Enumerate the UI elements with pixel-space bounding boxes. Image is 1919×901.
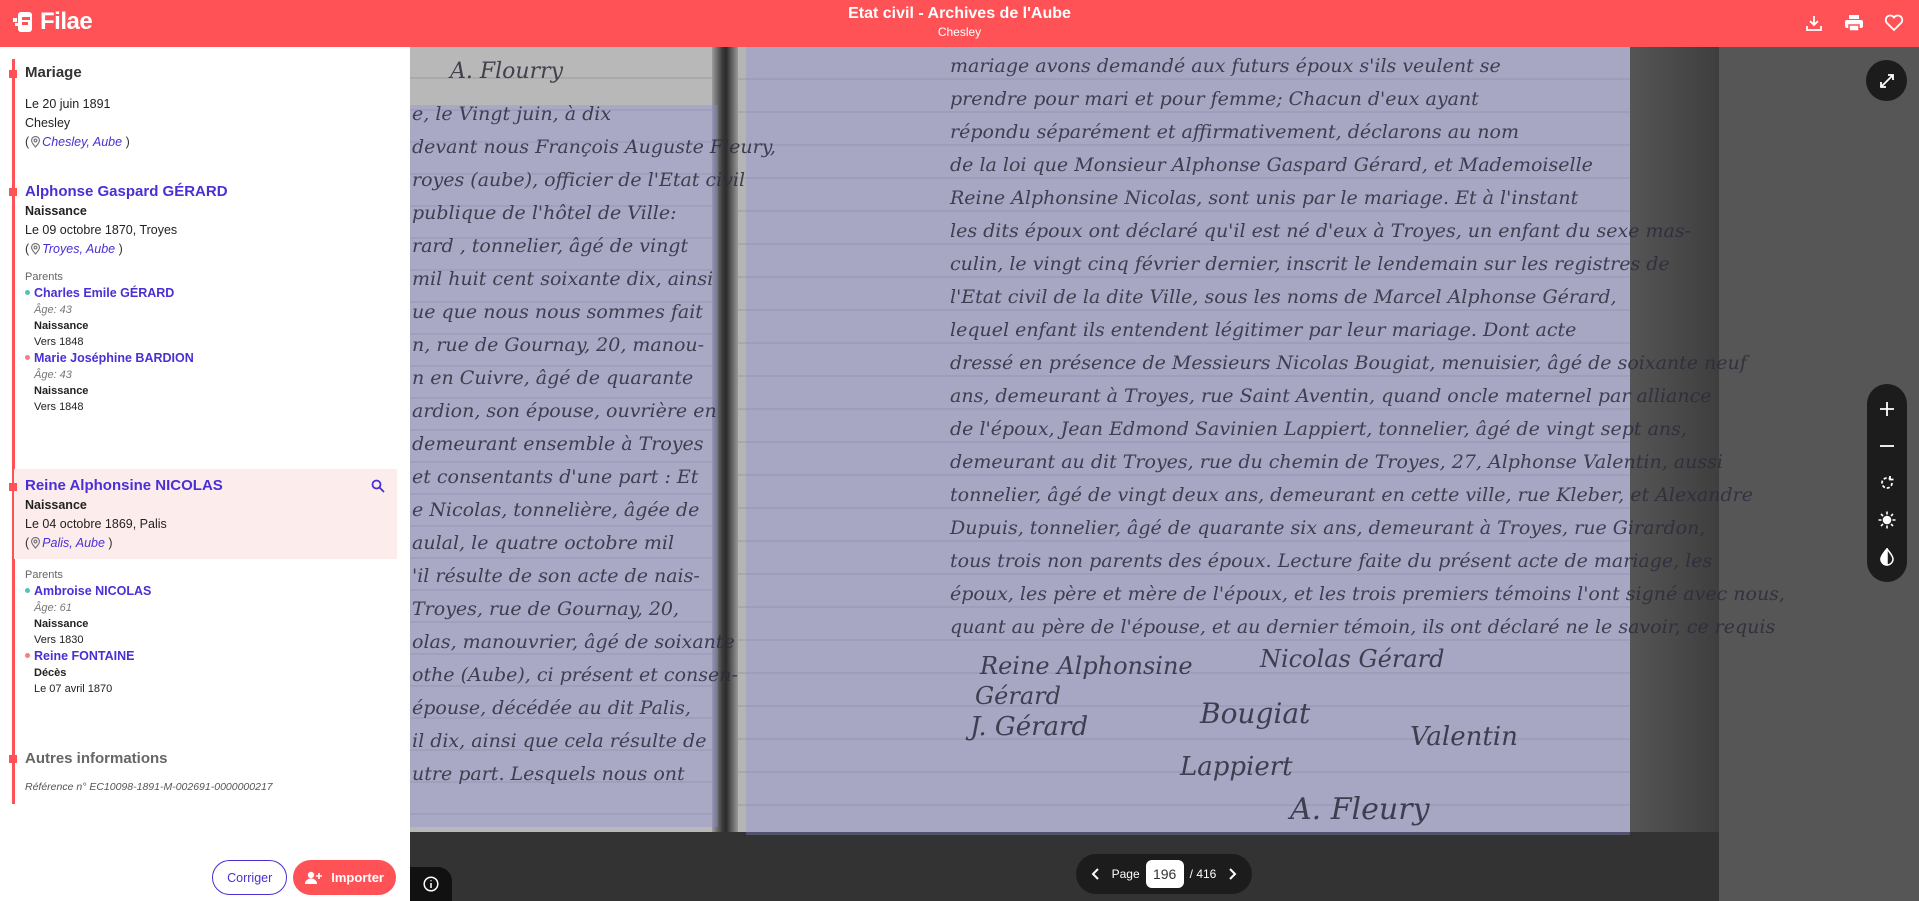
parent-name[interactable]: Reine FONTAINE	[25, 648, 397, 665]
spouse2-event: Naissance	[25, 496, 397, 515]
contrast-icon	[1879, 548, 1895, 566]
previous-page-button[interactable]	[1086, 864, 1106, 884]
section-mariage: Mariage Le 20 juin 1891 Chesley (Chesley…	[12, 63, 397, 152]
page-total: / 416	[1190, 867, 1217, 881]
male-dot-icon	[25, 588, 30, 593]
handwriting-line: lequel enfant ils entendent légitimer pa…	[950, 319, 1576, 341]
parent-name[interactable]: Charles Emile GÉRARD	[25, 285, 397, 302]
sun-icon	[1878, 511, 1896, 529]
mariage-date: Le 20 juin 1891	[25, 95, 397, 114]
signature: Gérard	[975, 682, 1061, 710]
spouse1-parents-label: Parents	[25, 269, 397, 285]
handwriting-line: Troyes, rue de Gournay, 20,	[412, 598, 679, 620]
handwriting-line: A. Flourry	[450, 59, 563, 84]
parent-item: Charles Emile GÉRARD Âge: 43 Naissance V…	[25, 285, 397, 350]
handwriting-line: demeurant au dit Troyes, rue du chemin d…	[950, 451, 1723, 473]
page-number-input[interactable]	[1146, 860, 1184, 888]
top-header: Filae Etat civil - Archives de l'Aube Ch…	[0, 0, 1919, 47]
handwriting-line: othe (Aube), ci présent et consen-	[412, 664, 738, 686]
rotate-button[interactable]	[1872, 468, 1902, 498]
expand-icon	[1878, 72, 1896, 90]
add-person-icon	[305, 871, 325, 885]
handwriting-line: tous trois non parents des époux. Lectur…	[950, 550, 1712, 572]
parent-item: Reine FONTAINE Décès Le 07 avril 1870	[25, 648, 397, 697]
handwriting-line: utre part. Lesquels nous ont	[412, 763, 685, 785]
handwriting-line: et consentants d'une part : Et	[412, 466, 698, 488]
mariage-place-link[interactable]: Chesley, Aube	[42, 135, 122, 149]
zoom-out-button[interactable]	[1872, 431, 1902, 461]
header-actions	[1803, 12, 1905, 34]
autres-title: Autres informations	[25, 749, 397, 769]
zoom-in-button[interactable]	[1872, 394, 1902, 424]
action-buttons: Corriger Importer	[212, 860, 396, 895]
handwriting-line: prendre pour mari et pour femme; Chacun …	[950, 88, 1479, 110]
handwriting-line: publique de l'hôtel de Ville:	[412, 202, 677, 224]
info-button[interactable]	[410, 867, 452, 901]
handwriting-line: l'Etat civil de la dite Ville, sous les …	[950, 286, 1617, 308]
signature: Valentin	[1410, 722, 1518, 752]
handwriting-line: les dits époux ont déclaré qu'il est né …	[950, 220, 1691, 242]
handwriting-line: royes (aube), officier de l'Etat civil	[412, 169, 745, 191]
contrast-button[interactable]	[1872, 542, 1902, 572]
spouse2-name[interactable]: Reine Alphonsine NICOLAS	[25, 476, 397, 496]
rotate-icon	[1878, 474, 1896, 492]
mariage-title: Mariage	[25, 63, 397, 83]
importer-label: Importer	[331, 870, 384, 885]
favorite-button[interactable]	[1883, 12, 1905, 34]
map-pin-icon	[30, 243, 41, 255]
handwriting-line: devant nous François Auguste Fleury,	[412, 136, 776, 158]
chevron-right-icon	[1227, 868, 1237, 880]
mariage-place-link-row: (Chesley, Aube )	[25, 133, 397, 152]
parent-event-detail: Vers 1830	[25, 632, 397, 648]
page-title: Etat civil - Archives de l'Aube	[0, 4, 1919, 24]
spouse2-place-row: (Palis, Aube )	[25, 534, 397, 553]
handwriting-line: époux, les père et mère de l'époux, et l…	[950, 583, 1785, 605]
signature: Lappiert	[1180, 752, 1293, 782]
heart-icon	[1884, 14, 1904, 32]
handwriting-line: olas, manouvrier, âgé de soixante	[412, 631, 735, 653]
next-page-button[interactable]	[1222, 864, 1242, 884]
handwriting-line: n, rue de Gournay, 20, manou-	[412, 334, 704, 356]
male-dot-icon	[25, 290, 30, 295]
print-button[interactable]	[1843, 12, 1865, 34]
title-block: Etat civil - Archives de l'Aube Chesley	[0, 4, 1919, 40]
parent-name[interactable]: Marie Joséphine BARDION	[25, 350, 397, 367]
spouse2-parents-label: Parents	[25, 567, 397, 583]
spouse2-event-detail: Le 04 octobre 1869, Palis	[25, 515, 397, 534]
handwriting-line: e Nicolas, tonnelière, âgée de	[412, 499, 699, 521]
parent-event: Naissance	[25, 318, 397, 334]
handwriting-line: mil huit cent soixante dix, ainsi	[412, 268, 713, 290]
parent-event: Décès	[25, 665, 397, 681]
handwriting-line: e, le Vingt juin, à dix	[412, 103, 611, 125]
timeline-marker	[9, 188, 17, 196]
parent-event-detail: Le 07 avril 1870	[25, 681, 397, 697]
record-sidebar: Mariage Le 20 juin 1891 Chesley (Chesley…	[0, 47, 410, 901]
section-spouse-nicolas: Reine Alphonsine NICOLAS Naissance Le 04…	[12, 469, 397, 697]
female-dot-icon	[25, 653, 30, 658]
handwriting-line: rard , tonnelier, âgé de vingt	[412, 235, 688, 257]
parent-age: Âge: 43	[25, 302, 397, 318]
page-subtitle: Chesley	[0, 24, 1919, 40]
signature: Nicolas Gérard	[1260, 645, 1445, 673]
handwriting-line: Reine Alphonsine Nicolas, sont unis par …	[950, 187, 1578, 209]
handwriting-line: culin, le vingt cinq février dernier, in…	[950, 253, 1670, 275]
parent-age: Âge: 61	[25, 600, 397, 616]
plus-icon	[1879, 401, 1895, 417]
handwriting-line: ue que nous nous sommes fait	[412, 301, 703, 323]
female-dot-icon	[25, 355, 30, 360]
document-viewer[interactable]: A. Flourry e, le Vingt juin, à dix devan…	[410, 47, 1919, 901]
page-label: Page	[1112, 867, 1140, 881]
handwriting-line: il dix, ainsi que cela résulte de	[412, 730, 706, 752]
handwriting-line: répondu séparément et affirmativement, d…	[950, 121, 1519, 143]
reference-number: Référence n° EC10098-1891-M-002691-00000…	[25, 781, 397, 793]
download-icon	[1805, 14, 1823, 32]
page-edge-shadow	[1630, 47, 1719, 847]
section-autres-informations: Autres informations Référence n° EC10098…	[12, 749, 397, 793]
parent-event: Naissance	[25, 383, 397, 399]
handwriting-line: ardion, son épouse, ouvrière en	[412, 400, 717, 422]
minus-icon	[1879, 438, 1895, 454]
parent-item: Marie Joséphine BARDION Âge: 43 Naissanc…	[25, 350, 397, 415]
section-spouse-gerard: Alphonse Gaspard GÉRARD Naissance Le 09 …	[12, 182, 397, 415]
image-tools	[1867, 384, 1907, 582]
download-button[interactable]	[1803, 12, 1825, 34]
print-icon	[1844, 14, 1864, 32]
handwriting-line: ans, demeurant à Troyes, rue Saint Avent…	[950, 385, 1711, 407]
parent-item: Ambroise NICOLAS Âge: 61 Naissance Vers …	[25, 583, 397, 648]
parent-name[interactable]: Ambroise NICOLAS	[25, 583, 397, 600]
spouse1-event-detail: Le 09 octobre 1870, Troyes	[25, 221, 397, 240]
handwriting-line: mariage avons demandé aux futurs époux s…	[950, 55, 1501, 77]
importer-button[interactable]: Importer	[293, 860, 396, 895]
scanned-register-page[interactable]: A. Flourry e, le Vingt juin, à dix devan…	[410, 47, 1719, 901]
handwriting-line: dressé en présence de Messieurs Nicolas …	[950, 352, 1747, 374]
info-icon	[423, 876, 439, 892]
timeline-marker	[9, 70, 17, 78]
timeline-marker	[9, 755, 17, 763]
spouse1-place-link[interactable]: Troyes, Aube	[42, 242, 115, 256]
handwriting-line: n en Cuivre, âgé de quarante	[412, 367, 693, 389]
handwriting-line: aulal, le quatre octobre mil	[412, 532, 674, 554]
spouse1-event: Naissance	[25, 202, 397, 221]
handwriting-line: 'il résulte de son acte de nais-	[412, 565, 700, 587]
parent-event-detail: Vers 1848	[25, 399, 397, 415]
parent-event: Naissance	[25, 616, 397, 632]
spouse1-name[interactable]: Alphonse Gaspard GÉRARD	[25, 182, 397, 202]
corriger-button[interactable]: Corriger	[212, 860, 287, 895]
spouse2-place-link[interactable]: Palis, Aube	[42, 536, 105, 550]
parent-age: Âge: 43	[25, 367, 397, 383]
signature: J. Gérard	[970, 712, 1088, 742]
handwriting-line: de la loi que Monsieur Alphonse Gaspard …	[950, 154, 1593, 176]
signature: Reine Alphonsine	[980, 652, 1193, 680]
spouse1-place-row: (Troyes, Aube )	[25, 240, 397, 259]
chevron-left-icon	[1091, 868, 1101, 880]
map-pin-icon	[30, 136, 41, 148]
handwriting-line: demeurant ensemble à Troyes	[412, 433, 704, 455]
signature: Bougiat	[1200, 697, 1310, 730]
handwriting-line: tonnelier, âgé de vingt deux ans, demeur…	[950, 484, 1753, 506]
page-bottom-shadow	[410, 832, 1719, 901]
handwriting-line: épouse, décédée au dit Palis,	[412, 697, 691, 719]
handwriting-line: Dupuis, tonnelier, âgé de quarante six a…	[950, 517, 1705, 539]
map-pin-icon	[30, 537, 41, 549]
handwriting-line: quant au père de l'épouse, et au dernier…	[950, 616, 1775, 638]
handwriting-line: de l'époux, Jean Edmond Savinien Lappier…	[950, 418, 1687, 440]
signature: A. Fleury	[1290, 792, 1430, 827]
mariage-place: Chesley	[25, 114, 397, 133]
brightness-button[interactable]	[1872, 505, 1902, 535]
parent-event-detail: Vers 1848	[25, 334, 397, 350]
page-navigator: Page / 416	[1076, 854, 1252, 894]
fullscreen-button[interactable]	[1866, 60, 1907, 101]
